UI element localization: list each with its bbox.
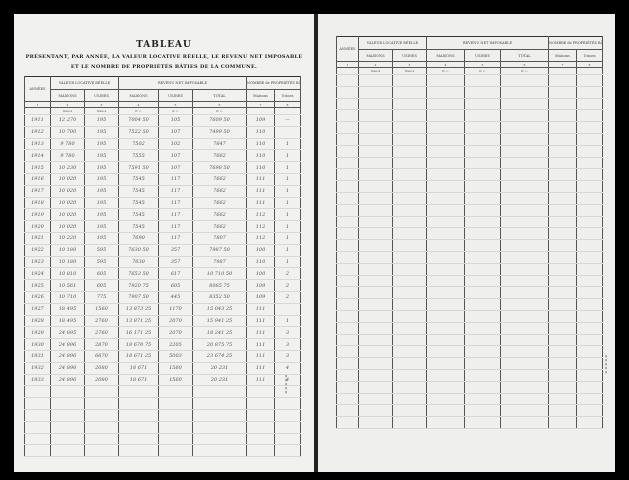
cell-rn-maisons: 7545 <box>119 197 159 209</box>
cell-rn-usines: 357 <box>159 244 193 256</box>
cell-vl-maisons: 10 180 <box>51 256 85 268</box>
cell-rn-maisons: 18 671 <box>119 374 159 386</box>
cell-vl-usines: 195 <box>85 115 119 127</box>
cell-n-maisons: 100 <box>247 268 275 280</box>
cell-rn-total: 7609 50 <box>193 115 247 127</box>
cell-n-usines: 3 <box>275 327 301 339</box>
cell-rn-usines: 107 <box>159 162 193 174</box>
cell-n-maisons: 111 <box>247 197 275 209</box>
empty-row <box>337 405 603 417</box>
cell-rn-maisons: 7630 <box>119 256 159 268</box>
header-vl-maisons: MAISONS <box>51 90 85 102</box>
cell-year: 1933 <box>25 374 51 386</box>
cell-rn-usines: 2070 <box>159 327 193 339</box>
unit-cell: francs <box>359 68 393 75</box>
empty-row <box>25 445 301 457</box>
cell-vl-usines: 195 <box>85 209 119 221</box>
cell-year: 1917 <box>25 185 51 197</box>
left-page: TABLEAU PRÉSENTANT, PAR ANNÉE, LA VALEUR… <box>14 14 314 472</box>
empty-row <box>337 393 603 405</box>
header-revenu-net: REVENU NET IMPOSABLE <box>427 37 549 50</box>
cell-n-usines: 1 <box>275 197 301 209</box>
cell-vl-usines: 2760 <box>85 327 119 339</box>
cell-vl-maisons: 10 020 <box>51 197 85 209</box>
cell-rn-maisons: 7004 50 <box>119 115 159 127</box>
cell-rn-maisons: 7555 <box>119 150 159 162</box>
cell-rn-total: 7807 <box>193 232 247 244</box>
cell-rn-total: 23 674 25 <box>193 350 247 362</box>
cell-n-maisons: 109 <box>247 291 275 303</box>
cell-n-maisons: 100 <box>247 244 275 256</box>
cell-n-maisons: 111 <box>247 315 275 327</box>
cell-n-usines: 2 <box>275 268 301 280</box>
unit-cell <box>337 68 359 75</box>
table-row: 193024 896287018 670 75220520 875 751113 <box>25 339 301 351</box>
cell-rn-total: 20 231 <box>193 374 247 386</box>
empty-row <box>337 240 603 252</box>
cell-rn-maisons: 16 171 25 <box>119 327 159 339</box>
cell-year: 1916 <box>25 173 51 185</box>
cell-rn-total: 10 710 50 <box>193 268 247 280</box>
empty-row <box>337 287 603 299</box>
table-row: 192924 895276016 171 25207018 241 251113 <box>25 327 301 339</box>
cell-n-maisons: 109 <box>247 280 275 292</box>
empty-row <box>25 398 301 410</box>
cell-rn-usines: 1170 <box>159 303 193 315</box>
cell-rn-maisons: 13 871 25 <box>119 315 159 327</box>
page-title: TABLEAU <box>14 40 314 50</box>
table-row: 191610 020195754511776621111 <box>25 173 301 185</box>
empty-row <box>25 433 301 445</box>
table-row: 192818 495276013 871 25207015 941 251111 <box>25 315 301 327</box>
cell-rn-usines: 117 <box>159 232 193 244</box>
table-row: 193124 896667018 671 25500323 674 251113 <box>25 350 301 362</box>
cell-vl-maisons: 10 230 <box>51 162 85 174</box>
header-nombre: NOMBRE de PROPRIÉTÉS BÂTIES <box>247 77 301 90</box>
cell-n-usines: 4 <box>275 362 301 374</box>
header-rn-usines: USINES <box>159 90 193 102</box>
empty-row <box>25 386 301 398</box>
empty-row <box>337 358 603 370</box>
cell-rn-maisons: 7545 <box>119 173 159 185</box>
cell-vl-usines: 2080 <box>85 374 119 386</box>
cell-rn-total: 7662 <box>193 173 247 185</box>
cell-vl-usines: 2870 <box>85 339 119 351</box>
cell-n-usines: 1 <box>275 185 301 197</box>
cell-vl-maisons: 10 710 <box>51 291 85 303</box>
cell-vl-maisons: 9 780 <box>51 138 85 150</box>
table-row: 191510 2301957591 501077698 501101 <box>25 162 301 174</box>
cell-year: 1923 <box>25 256 51 268</box>
header-rn-maisons: MAISONS <box>119 90 159 102</box>
cell-year: 1929 <box>25 327 51 339</box>
units-row: francsfrancsfr. c.fr. c.fr. c. <box>25 108 301 115</box>
cell-n-usines: 1 <box>275 244 301 256</box>
cell-rn-total: 7662 <box>193 197 247 209</box>
cell-rn-maisons: 7690 <box>119 232 159 244</box>
cell-vl-maisons: 18 495 <box>51 315 85 327</box>
cell-rn-usines: 445 <box>159 291 193 303</box>
cell-rn-total: 7698 50 <box>193 162 247 174</box>
cell-year: 1918 <box>25 197 51 209</box>
cell-year: 1932 <box>25 362 51 374</box>
header-vl-usines: USINES <box>85 90 119 102</box>
cell-n-usines: 2 <box>275 280 301 292</box>
cell-rn-maisons: 18 671 <box>119 362 159 374</box>
cell-rn-maisons: 7522 50 <box>119 126 159 138</box>
cell-rn-maisons: 18 671 25 <box>119 350 159 362</box>
header-n-usines: Usines <box>275 90 301 102</box>
cell-vl-maisons: 10 020 <box>51 209 85 221</box>
header-n-usines: Usines <box>577 50 603 62</box>
empty-row <box>337 369 603 381</box>
empty-row <box>337 192 603 204</box>
cell-year: 1919 <box>25 209 51 221</box>
table-row: 193324 896208018 671156020 2311114 <box>25 374 301 386</box>
cell-n-maisons: 111 <box>247 339 275 351</box>
cell-rn-usines: 117 <box>159 185 193 197</box>
cell-n-maisons: 110 <box>247 162 275 174</box>
header-rn-total: TOTAL <box>501 50 549 62</box>
cell-rn-total: 18 241 25 <box>193 327 247 339</box>
empty-row <box>337 169 603 181</box>
cell-rn-maisons: 7907 50 <box>119 291 159 303</box>
cell-vl-usines: 605 <box>85 280 119 292</box>
unit-cell <box>275 108 301 115</box>
cell-rn-maisons: 7545 <box>119 185 159 197</box>
cell-vl-usines: 195 <box>85 150 119 162</box>
cell-n-maisons: 111 <box>247 303 275 315</box>
unit-cell: fr. c. <box>193 108 247 115</box>
header-nombre: NOMBRE de PROPRIÉTÉS BÂTIES <box>549 37 603 50</box>
cell-rn-maisons: 7630 50 <box>119 244 159 256</box>
cell-rn-usines: 5003 <box>159 350 193 362</box>
cell-vl-maisons: 24 896 <box>51 374 85 386</box>
empty-row <box>337 346 603 358</box>
cell-rn-usines: 102 <box>159 138 193 150</box>
table-row: 19139 780195750210276471101 <box>25 138 301 150</box>
table-row: 19149 780195755510776621101 <box>25 150 301 162</box>
cell-vl-maisons: 10 561 <box>51 280 85 292</box>
table-row: 191910 020195754511776621121 <box>25 209 301 221</box>
unit-cell: francs <box>393 68 427 75</box>
table-row: 192410 8106057653 5061710 710 501002 <box>25 268 301 280</box>
cell-rn-usines: 1560 <box>159 362 193 374</box>
cell-vl-maisons: 12 270 <box>51 115 85 127</box>
cell-rn-maisons: 18 670 75 <box>119 339 159 351</box>
cell-year: 1925 <box>25 280 51 292</box>
cell-vl-usines: 195 <box>85 185 119 197</box>
unit-cell: fr. c. <box>159 108 193 115</box>
cell-rn-usines: 2070 <box>159 315 193 327</box>
unit-cell: francs <box>85 108 119 115</box>
cell-rn-total: 7499 50 <box>193 126 247 138</box>
cell-rn-total: 15 941 25 <box>193 315 247 327</box>
table-row: 192510 5616057920 756058085 751092 <box>25 280 301 292</box>
cell-n-usines: — <box>275 115 301 127</box>
empty-row <box>25 409 301 421</box>
cell-rn-total: 7647 <box>193 138 247 150</box>
cell-n-usines: 3 <box>275 339 301 351</box>
empty-row <box>337 98 603 110</box>
cell-rn-total: 7987 50 <box>193 244 247 256</box>
cell-year: 1915 <box>25 162 51 174</box>
cell-rn-usines: 105 <box>159 115 193 127</box>
empty-row <box>337 122 603 134</box>
table-row: 191112 2701957004 501057609 50109— <box>25 115 301 127</box>
unit-cell <box>549 68 577 75</box>
subtitle-line-1: PRÉSENTANT, PAR ANNÉE, LA VALEUR LOCATIV… <box>14 54 314 60</box>
cell-n-maisons: 110 <box>247 126 275 138</box>
cell-rn-total: 7987 <box>193 256 247 268</box>
cell-rn-maisons: 7653 50 <box>119 268 159 280</box>
header-rn-maisons: MAISONS <box>427 50 465 62</box>
cell-n-usines: 1 <box>275 221 301 233</box>
cell-rn-total: 7662 <box>193 221 247 233</box>
empty-row <box>337 181 603 193</box>
cell-rn-total: 8085 75 <box>193 280 247 292</box>
cell-year: 1921 <box>25 232 51 244</box>
header-vl-usines: USINES <box>393 50 427 62</box>
cell-n-maisons: 112 <box>247 221 275 233</box>
cell-rn-usines: 617 <box>159 268 193 280</box>
cell-n-usines: 1 <box>275 256 301 268</box>
cell-n-maisons: 111 <box>247 327 275 339</box>
cell-vl-usines: 605 <box>85 268 119 280</box>
empty-row <box>337 381 603 393</box>
unit-cell: fr. c. <box>427 68 465 75</box>
unit-cell <box>577 68 603 75</box>
cell-year: 1922 <box>25 244 51 256</box>
cell-vl-usines: 195 <box>85 138 119 150</box>
cell-year: 1931 <box>25 350 51 362</box>
cell-vl-usines: 2760 <box>85 315 119 327</box>
archive-stamp: ▮▮▮▮▮ <box>284 374 288 394</box>
cell-rn-usines: 117 <box>159 221 193 233</box>
empty-row <box>337 299 603 311</box>
table-row: 193224 896208018 671156020 2311114 <box>25 362 301 374</box>
cell-vl-maisons: 10 020 <box>51 173 85 185</box>
cell-rn-total: 15 043 25 <box>193 303 247 315</box>
cell-vl-usines: 195 <box>85 232 119 244</box>
cell-rn-usines: 357 <box>159 256 193 268</box>
cell-n-maisons: 111 <box>247 362 275 374</box>
cell-vl-usines: 1560 <box>85 303 119 315</box>
cell-vl-maisons: 18 495 <box>51 303 85 315</box>
cell-year: 1913 <box>25 138 51 150</box>
empty-row <box>337 417 603 429</box>
cell-vl-maisons: 10 020 <box>51 185 85 197</box>
cell-vl-usines: 775 <box>85 291 119 303</box>
unit-cell: fr. c. <box>465 68 501 75</box>
cell-vl-maisons: 24 896 <box>51 362 85 374</box>
header-rn-usines: USINES <box>465 50 501 62</box>
cell-rn-usines: 117 <box>159 173 193 185</box>
cell-vl-usines: 195 <box>85 162 119 174</box>
empty-row <box>337 334 603 346</box>
empty-row <box>337 216 603 228</box>
cell-n-maisons: 111 <box>247 350 275 362</box>
cell-year: 1926 <box>25 291 51 303</box>
cell-vl-usines: 195 <box>85 126 119 138</box>
cell-rn-total: 20 231 <box>193 362 247 374</box>
cell-n-usines: 1 <box>275 315 301 327</box>
cell-year: 1930 <box>25 339 51 351</box>
cell-vl-maisons: 10 180 <box>51 244 85 256</box>
unit-cell <box>25 108 51 115</box>
header-valeur-locative: VALEUR LOCATIVE RÉELLE <box>51 77 119 90</box>
cell-rn-total: 7662 <box>193 209 247 221</box>
cell-vl-maisons: 10 700 <box>51 126 85 138</box>
register-table-right: ANNÉES VALEUR LOCATIVE RÉELLE REVENU NET… <box>336 36 603 429</box>
cell-n-usines: 1 <box>275 138 301 150</box>
cell-vl-maisons: 10 020 <box>51 221 85 233</box>
table-row: 191210 7001957522 501077499 50110 <box>25 126 301 138</box>
empty-row <box>337 251 603 263</box>
cell-n-usines: 2 <box>275 291 301 303</box>
cell-vl-usines: 195 <box>85 197 119 209</box>
unit-cell <box>247 108 275 115</box>
cell-rn-usines: 107 <box>159 150 193 162</box>
header-n-maisons: Maisons <box>549 50 577 62</box>
cell-vl-maisons: 10 810 <box>51 268 85 280</box>
table-row: 192010 020195754511776621121 <box>25 221 301 233</box>
cell-year: 1920 <box>25 221 51 233</box>
cell-vl-maisons: 24 896 <box>51 350 85 362</box>
cell-n-maisons: 112 <box>247 209 275 221</box>
header-annees: ANNÉES <box>25 77 51 102</box>
cell-rn-maisons: 7502 <box>119 138 159 150</box>
cell-vl-usines: 195 <box>85 173 119 185</box>
cell-rn-maisons: 7920 75 <box>119 280 159 292</box>
cell-n-maisons: 112 <box>247 232 275 244</box>
unit-cell: fr. c. <box>501 68 549 75</box>
subtitle-line-2: ET LE NOMBRE DE PROPRIÉTÉS BÂTIES DE LA … <box>14 64 314 70</box>
header-n-maisons: Maisons <box>247 90 275 102</box>
cell-n-maisons: 110 <box>247 138 275 150</box>
cell-year: 1927 <box>25 303 51 315</box>
cell-rn-maisons: 7545 <box>119 209 159 221</box>
cell-year: 1924 <box>25 268 51 280</box>
cell-n-maisons: 111 <box>247 173 275 185</box>
cell-rn-maisons: 7545 <box>119 221 159 233</box>
units-row: francsfrancsfr. c.fr. c.fr. c. <box>337 68 603 75</box>
cell-n-usines <box>275 126 301 138</box>
cell-vl-usines: 6670 <box>85 350 119 362</box>
cell-year: 1912 <box>25 126 51 138</box>
empty-row <box>337 145 603 157</box>
header-revenu-net: REVENU NET IMPOSABLE <box>119 77 247 90</box>
empty-row <box>337 157 603 169</box>
cell-vl-usines: 595 <box>85 244 119 256</box>
cell-n-usines: 3 <box>275 350 301 362</box>
header-vl-maisons: MAISONS <box>359 50 393 62</box>
cell-year: 1911 <box>25 115 51 127</box>
cell-vl-maisons: 24 896 <box>51 339 85 351</box>
cell-vl-usines: 2080 <box>85 362 119 374</box>
archive-stamp: ▮▮▮▮▮ <box>604 354 608 374</box>
cell-rn-maisons: 7591 50 <box>119 162 159 174</box>
table-row: 192110 220195769011778071121 <box>25 232 301 244</box>
cell-n-maisons: 109 <box>247 115 275 127</box>
cell-rn-total: 7662 <box>193 150 247 162</box>
cell-rn-total: 8352 50 <box>193 291 247 303</box>
table-row: 191710 020195754511776621111 <box>25 185 301 197</box>
empty-row <box>337 110 603 122</box>
header-rn-total: TOTAL <box>193 90 247 102</box>
empty-row <box>337 310 603 322</box>
cell-n-maisons: 111 <box>247 374 275 386</box>
table-row: 192610 7107757907 504458352 501092 <box>25 291 301 303</box>
cell-n-maisons: 110 <box>247 150 275 162</box>
header-annees: ANNÉES <box>337 37 359 62</box>
cell-rn-usines: 2205 <box>159 339 193 351</box>
unit-cell: fr. c. <box>119 108 159 115</box>
table-row: 191810 020195754511776621111 <box>25 197 301 209</box>
table-row: 192210 1805957630 503577987 501001 <box>25 244 301 256</box>
cell-vl-usines: 195 <box>85 221 119 233</box>
cell-vl-maisons: 24 895 <box>51 327 85 339</box>
empty-row <box>337 322 603 334</box>
cell-year: 1914 <box>25 150 51 162</box>
cell-rn-usines: 1560 <box>159 374 193 386</box>
table-row: 192310 180595763035779871101 <box>25 256 301 268</box>
cell-rn-total: 7662 <box>193 185 247 197</box>
cell-year: 1928 <box>25 315 51 327</box>
right-page: ANNÉES VALEUR LOCATIVE RÉELLE REVENU NET… <box>318 14 615 472</box>
cell-n-usines: 1 <box>275 162 301 174</box>
cell-rn-usines: 117 <box>159 197 193 209</box>
cell-n-usines: 1 <box>275 173 301 185</box>
cell-rn-usines: 605 <box>159 280 193 292</box>
header-valeur-locative: VALEUR LOCATIVE RÉELLE <box>359 37 427 50</box>
empty-row <box>337 86 603 98</box>
cell-rn-usines: 117 <box>159 209 193 221</box>
empty-row <box>25 421 301 433</box>
cell-n-usines: 1 <box>275 232 301 244</box>
empty-row <box>337 228 603 240</box>
empty-row <box>337 204 603 216</box>
cell-n-usines <box>275 303 301 315</box>
empty-row <box>337 75 603 87</box>
cell-vl-maisons: 9 780 <box>51 150 85 162</box>
unit-cell: francs <box>51 108 85 115</box>
cell-rn-total: 20 875 75 <box>193 339 247 351</box>
cell-vl-usines: 595 <box>85 256 119 268</box>
empty-row <box>337 133 603 145</box>
cell-n-usines: 1 <box>275 209 301 221</box>
cell-n-usines: 1 <box>275 150 301 162</box>
cell-vl-maisons: 10 220 <box>51 232 85 244</box>
cell-n-maisons: 111 <box>247 185 275 197</box>
register-table-left: ANNÉES VALEUR LOCATIVE RÉELLE REVENU NET… <box>24 76 301 457</box>
table-row: 192718 495156013 873 25117015 043 25111 <box>25 303 301 315</box>
cell-rn-maisons: 13 873 25 <box>119 303 159 315</box>
empty-row <box>337 275 603 287</box>
cell-rn-usines: 107 <box>159 126 193 138</box>
cell-n-maisons: 110 <box>247 256 275 268</box>
empty-row <box>337 263 603 275</box>
